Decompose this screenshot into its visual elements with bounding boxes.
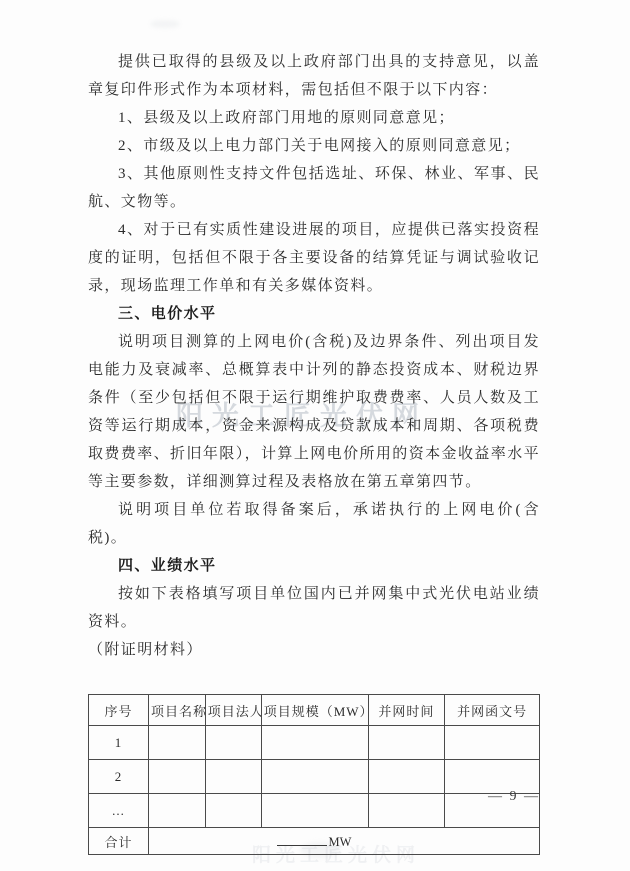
document-body: 提供已取得的县级及以上政府部门出具的支持意见，以盖章复印件形式作为本项材料，需包… (88, 48, 540, 855)
col-header-grid-doc-no: 并网函文号 (445, 695, 540, 726)
col-header-capacity-mw: 项目规模（MW） (261, 695, 368, 726)
table-cell-empty (368, 794, 445, 828)
document-page: 阳光工匠光伏网 阳光工匠光伏网 提供已取得的县级及以上政府部门出具的支持意见，以… (0, 0, 630, 871)
performance-table: 序号 项目名称 项目法人 项目规模（MW） 并网时间 并网函文号 1 (88, 694, 540, 855)
paragraph-attachment-note: （附证明材料） (88, 636, 540, 664)
total-label-cell: 合计 (89, 828, 149, 855)
table-cell-empty (148, 760, 205, 794)
col-header-serial: 序号 (89, 695, 149, 726)
table-cell-empty (261, 794, 368, 828)
table-row: 2 (89, 760, 540, 794)
paragraph-price-details: 说明项目测算的上网电价(含税)及边界条件、列出项目发电能力及衰减率、总概算表中计… (88, 328, 540, 496)
scan-smudge (150, 20, 180, 28)
serial-cell: 2 (89, 760, 149, 794)
serial-cell: 1 (89, 726, 149, 760)
table-row: 1 (89, 726, 540, 760)
serial-cell: ... (89, 794, 149, 828)
list-item-county-land: 1、县级及以上政府部门用地的原则同意意见； (88, 104, 540, 132)
table-cell-empty (368, 760, 445, 794)
total-blank-line (277, 832, 327, 846)
list-item-grid-access: 2、市级及以上电力部门关于电网接入的原则同意意见； (88, 132, 540, 160)
paragraph-support-opinions: 提供已取得的县级及以上政府部门出具的支持意见，以盖章复印件形式作为本项材料，需包… (88, 48, 540, 104)
table-cell-empty (445, 726, 540, 760)
table-header-row: 序号 项目名称 项目法人 项目规模（MW） 并网时间 并网函文号 (89, 695, 540, 726)
total-value-cell: MW (148, 828, 539, 855)
table-total-row: 合计 MW (89, 828, 540, 855)
table-cell-empty (148, 726, 205, 760)
table-cell-empty (205, 794, 261, 828)
section-heading-price-level: 三、电价水平 (88, 300, 540, 328)
table-cell-empty (205, 760, 261, 794)
section-heading-performance: 四、业绩水平 (88, 552, 540, 580)
col-header-legal-entity: 项目法人 (205, 695, 261, 726)
total-unit-label: MW (329, 835, 352, 850)
col-header-project-name: 项目名称 (148, 695, 205, 726)
col-header-grid-date: 并网时间 (368, 695, 445, 726)
list-item-construction: 4、对于已有实质性建设进展的项目，应提供已落实投资程度的证明，包括但不限于各主要… (88, 216, 540, 300)
paragraph-price-commitment: 说明项目单位若取得备案后，承诺执行的上网电价(含税)。 (88, 496, 540, 552)
paragraph-performance-intro: 按如下表格填写项目单位国内已并网集中式光伏电站业绩资料。 (88, 580, 540, 636)
table-cell-empty (261, 760, 368, 794)
table-row: ... (89, 794, 540, 828)
table-cell-empty (148, 794, 205, 828)
table-cell-empty (368, 726, 445, 760)
table-cell-empty (261, 726, 368, 760)
list-item-other-support: 3、其他原则性支持文件包括选址、环保、林业、军事、民航、文物等。 (88, 160, 540, 216)
table-cell-empty (205, 726, 261, 760)
page-number: — 9 — (488, 789, 540, 805)
